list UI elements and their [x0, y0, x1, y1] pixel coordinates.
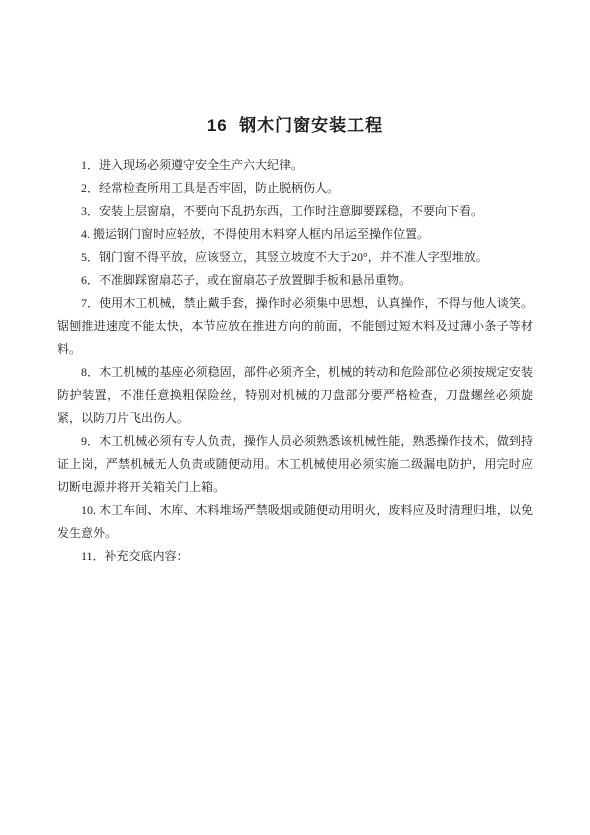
- safety-item-2: 2．经常检查所用工具是否牢固，防止脱柄伤人。: [57, 177, 533, 200]
- safety-item-6: 6．不准脚踩窗扇芯子，或在窗扇芯子放置脚手板和悬吊重物。: [57, 269, 533, 292]
- safety-item-11: 11．补充交底内容：: [57, 545, 533, 568]
- safety-item-1: 1．进入现场必须遵守安全生产六大纪律。: [57, 154, 533, 177]
- document-body: 1．进入现场必须遵守安全生产六大纪律。 2．经常检查所用工具是否牢固，防止脱柄伤…: [57, 154, 533, 568]
- safety-item-5: 5．钢门窗不得平放，应该竖立，其竖立坡度不大于20°，并不准人字型堆放。: [57, 246, 533, 269]
- safety-item-10: 10. 木工车间、木库、木料堆场严禁吸烟或随便动用明火，废料应及时清理归堆，以免…: [57, 499, 533, 545]
- safety-item-7: 7．使用木工机械，禁止戴手套，操作时必须集中思想，认真操作，不得与他人谈笑。锯刨…: [57, 292, 533, 361]
- page-title: 16 钢木门窗安装工程: [0, 0, 590, 138]
- safety-item-4: 4. 搬运钢门窗时应轻放，不得使用木料穿人框内吊运至操作位置。: [57, 223, 533, 246]
- safety-item-8: 8．木工机械的基座必须稳固，部件必须齐全，机械的转动和危险部位必须按规定安装防护…: [57, 361, 533, 430]
- safety-item-3: 3．安装上层窗扇，不要向下乱扔东西，工作时注意脚要踩稳，不要向下看。: [57, 200, 533, 223]
- document-page: 16 钢木门窗安装工程 1．进入现场必须遵守安全生产六大纪律。 2．经常检查所用…: [0, 0, 590, 835]
- safety-item-9: 9．木工机械必须有专人负责，操作人员必须熟悉该机械性能，熟悉操作技术，做到持证上…: [57, 430, 533, 499]
